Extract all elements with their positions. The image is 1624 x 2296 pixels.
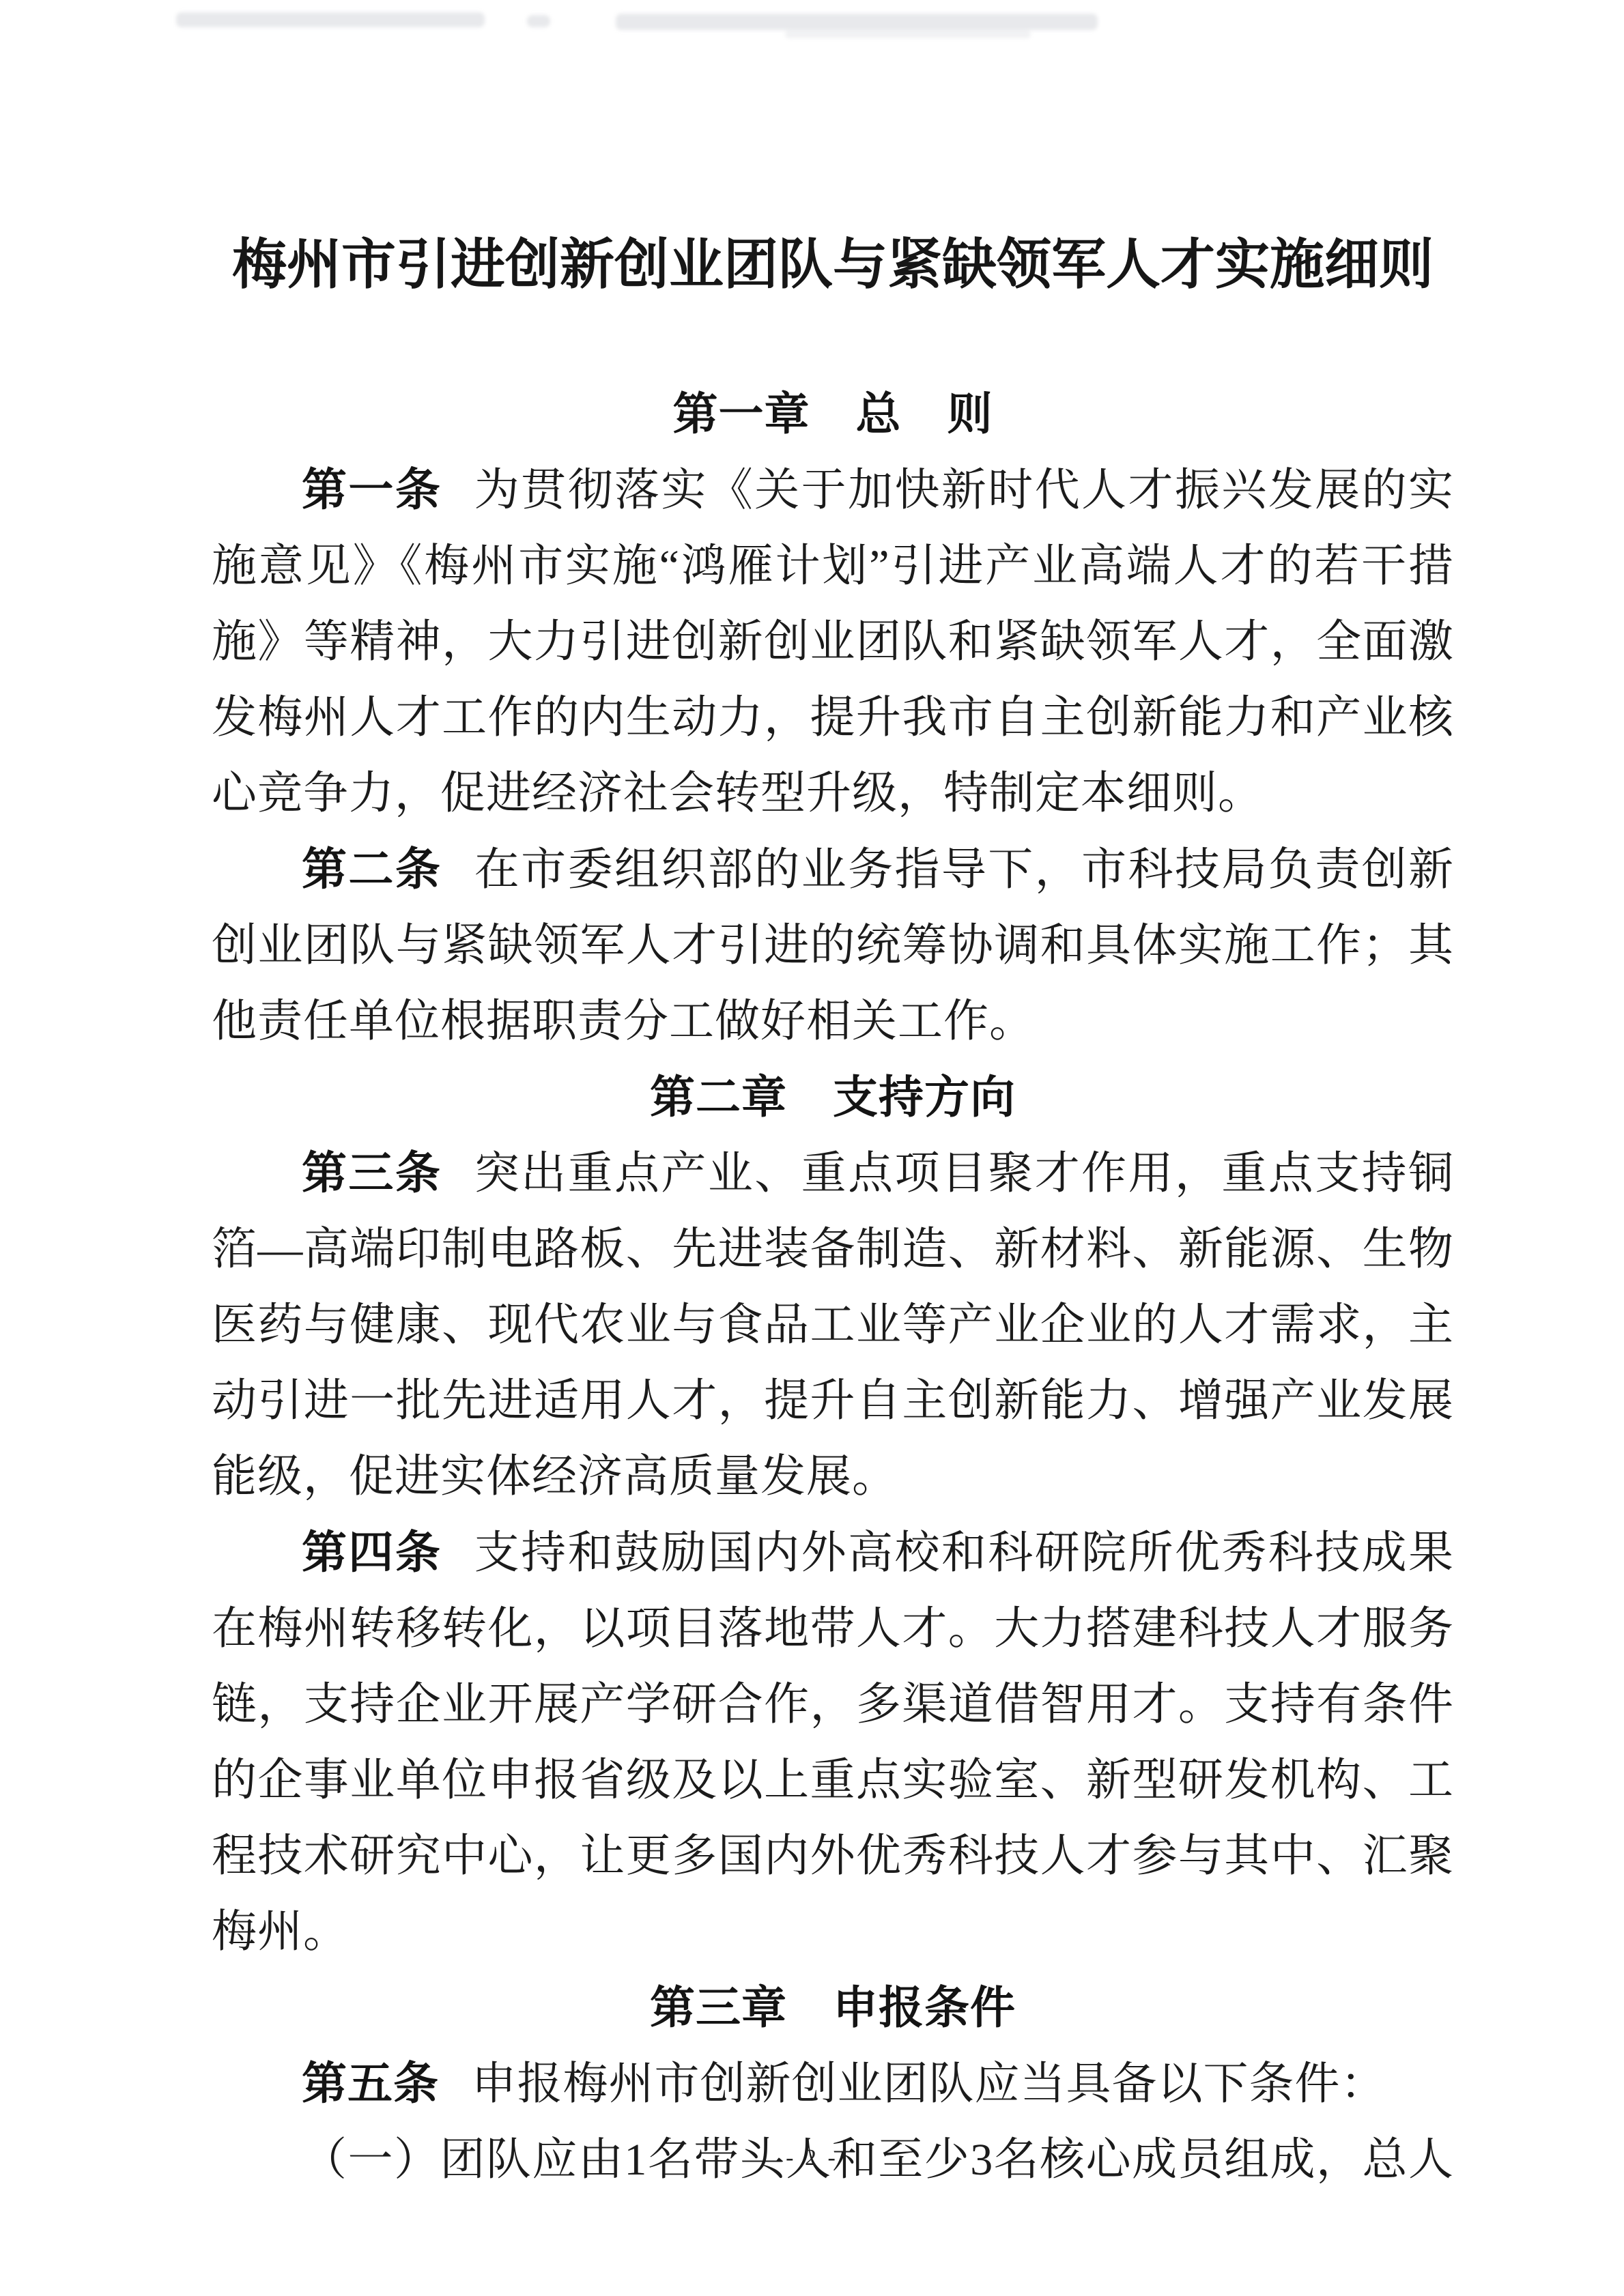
article-number: 第一条 [302, 464, 442, 515]
paragraph: 第四条支持和鼓励国内外高校和科研院所优秀科技成果在梅州转移转化，以项目落地带人才… [212, 1515, 1454, 1970]
document-title: 梅州市引进创新创业团队与紧缺领军人才实施细则 [212, 229, 1454, 300]
paragraph: 第二条在市委组织部的业务指导下，市科技局负责创新创业团队与紧缺领军人才引进的统筹… [212, 831, 1454, 1059]
article-number: 第四条 [302, 1527, 442, 1577]
page-number: - 2 - [0, 2144, 1624, 2172]
article-number: 第二条 [302, 844, 442, 894]
document-body: 第一章 总 则第一条为贯彻落实《关于加快新时代人才振兴发展的实施意见》《梅州市实… [212, 376, 1454, 2198]
article-number: 第五条 [302, 2058, 439, 2108]
document-page: 梅州市引进创新创业团队与紧缺领军人才实施细则 第一章 总 则第一条为贯彻落实《关… [0, 0, 1624, 2296]
chapter-heading: 第三章 申报条件 [212, 1970, 1454, 2046]
paragraph: 第一条为贯彻落实《关于加快新时代人才振兴发展的实施意见》《梅州市实施“鸿雁计划”… [212, 452, 1454, 831]
paragraph: 第五条申报梅州市创新创业团队应当具备以下条件： [212, 2046, 1454, 2122]
article-number: 第三条 [302, 1147, 442, 1198]
scan-artifact [616, 14, 1098, 30]
chapter-heading: 第二章 支持方向 [212, 1059, 1454, 1135]
scan-artifact [527, 15, 550, 27]
chapter-heading: 第一章 总 则 [212, 376, 1454, 452]
scan-artifact [176, 12, 485, 27]
scan-artifact [785, 30, 1031, 38]
paragraph: 第三条突出重点产业、重点项目聚才作用，重点支持铜箔—高端印制电路板、先进装备制造… [212, 1135, 1454, 1515]
